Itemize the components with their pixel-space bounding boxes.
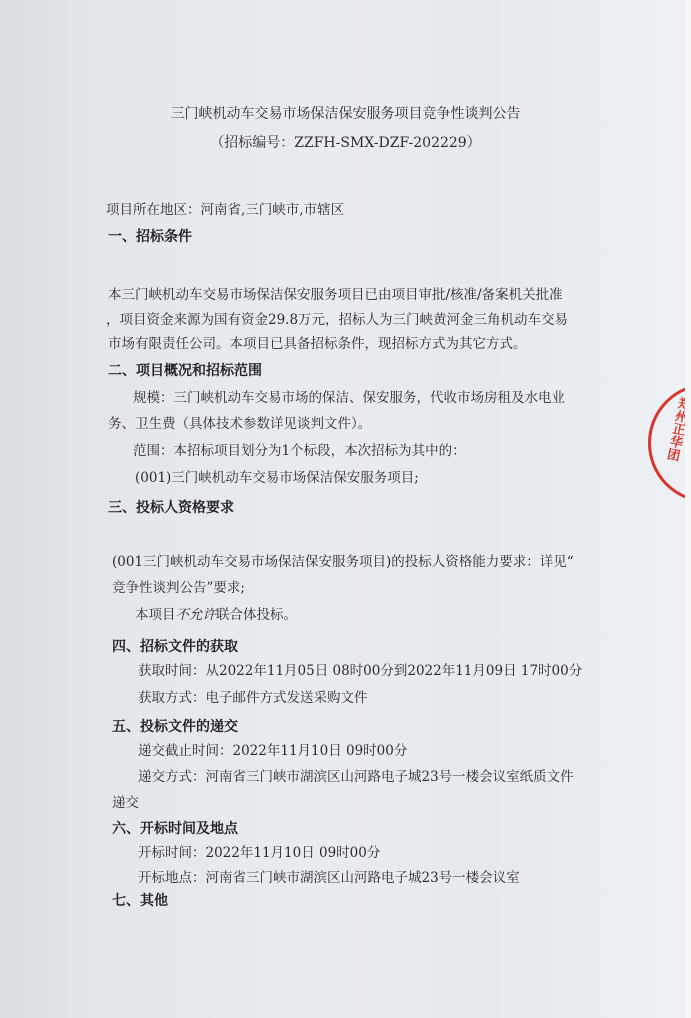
section-3-line-2: 竞争性谈判公告”要求; <box>112 582 245 596</box>
document-title: 三门峡机动车交易市场保洁保安服务项目竞争性谈判公告 <box>0 107 691 121</box>
section-3-prefix: 本项目 <box>135 607 176 623</box>
section-1-line-1: 本三门峡机动车交易市场保洁保安服务项目已由项目审批/核准/备案机关批准 <box>108 289 563 303</box>
section-6-line-1: 开标时间：2022年11月10日 09时00分 <box>138 847 380 861</box>
section-heading-6: 六、开标时间及地点 <box>112 822 238 836</box>
section-heading-2: 二、项目概况和招标范围 <box>108 364 262 378</box>
section-heading-5: 五、投标文件的递交 <box>112 720 238 734</box>
section-heading-1: 一、招标条件 <box>108 230 192 244</box>
section-3-italic: 不允许 <box>176 607 217 623</box>
section-2-line-3: 范围：本招标项目划分为1个标段，本次招标为其中的： <box>133 445 466 459</box>
section-heading-7: 七、其他 <box>112 894 168 908</box>
section-3-line-3: 本项目不允许联合体投标。 <box>135 609 297 623</box>
section-1-line-3: 市场有限责任公司。本项目已具备招标条件，现招标方式为其它方式。 <box>108 338 527 352</box>
section-2-line-1: 规模：三门峡机动车交易市场的保洁、保安服务，代收市场房租及水电业 <box>133 392 565 406</box>
section-5-line-3: 递交 <box>112 797 139 811</box>
project-region: 项目所在地区：河南省,三门峡市,市辖区 <box>106 204 344 218</box>
section-5-line-1: 递交截止时间：2022年11月10日 09时00分 <box>138 745 407 759</box>
bid-number: （招标编号：ZZFH-SMX-DZF-202229） <box>0 136 691 150</box>
section-2-line-4: (001)三门峡机动车交易市场保洁保安服务项目; <box>135 472 419 486</box>
section-3-line-1: (001三门峡机动车交易市场保洁保安服务项目)的投标人资格能力要求：详见“ <box>112 556 574 570</box>
section-heading-4: 四、招标文件的获取 <box>112 640 238 654</box>
section-heading-3: 三、投标人资格要求 <box>108 501 234 515</box>
section-2-line-2: 务、卫生费（具体技术参数详见谈判文件）。 <box>108 418 371 432</box>
section-4-line-2: 获取方式：电子邮件方式发送采购文件 <box>138 692 368 706</box>
section-6-line-2: 开标地点：河南省三门峡市湖滨区山河路电子城23号一楼会议室 <box>138 872 520 886</box>
section-4-line-1: 获取时间：从2022年11月05日 08时00分到2022年11月09日 17时… <box>138 665 582 679</box>
section-5-line-2: 递交方式：河南省三门峡市湖滨区山河路电子城23号一楼会议室纸质文件 <box>138 771 574 785</box>
section-1-line-2: ，项目资金来源为国有资金29.8万元，招标人为三门峡黄河金三角机动车交易 <box>106 314 568 328</box>
page-edge <box>685 0 691 1018</box>
document-page: 三门峡机动车交易市场保洁保安服务项目竞争性谈判公告 （招标编号：ZZFH-SMX… <box>0 0 691 1018</box>
section-3-suffix: 联合体投标。 <box>216 607 297 623</box>
